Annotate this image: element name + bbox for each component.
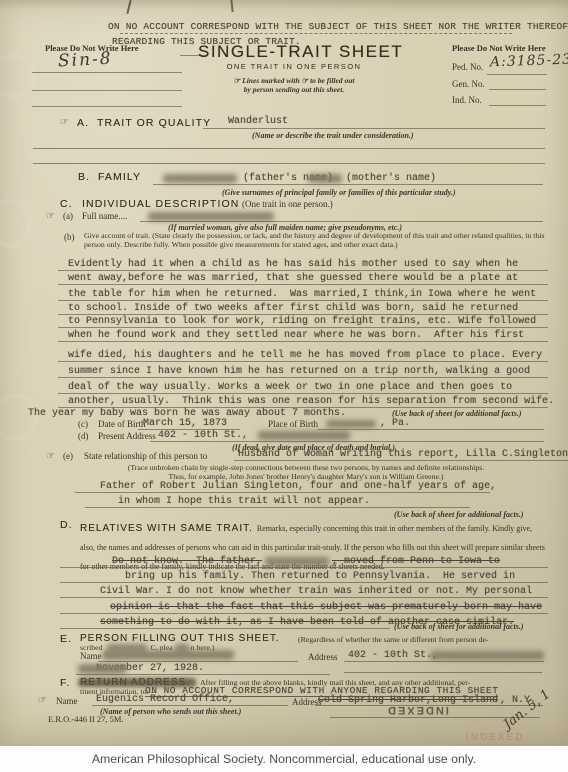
section-a-heading: TRAIT OR QUALITY bbox=[97, 117, 211, 129]
item-b-label: (b) bbox=[64, 232, 75, 242]
ruled-line bbox=[98, 661, 298, 662]
ruled-line bbox=[32, 90, 182, 91]
handwritten-ped-no: A:3185-23 bbox=[490, 52, 568, 71]
ruled-line bbox=[85, 507, 470, 508]
ruled-line bbox=[32, 72, 182, 73]
ruled-line bbox=[60, 582, 548, 583]
ruled-line bbox=[58, 284, 548, 285]
ruled-line bbox=[60, 567, 548, 568]
ruled-line bbox=[60, 613, 548, 614]
account-line: to school. Inside of two weeks after fir… bbox=[68, 303, 518, 314]
ruled-line bbox=[60, 628, 390, 629]
account-line: went away,before he was married, that sh… bbox=[68, 273, 518, 284]
redacted-birthplace bbox=[326, 420, 376, 428]
item-b-instructions: Give account of trait. (State clearly th… bbox=[84, 231, 548, 249]
redacted-full-name bbox=[148, 212, 274, 221]
ruled-line bbox=[150, 441, 544, 442]
paper-watermark bbox=[0, 55, 34, 97]
ruled-line bbox=[33, 163, 545, 164]
account-line: summer since I have known him he has ret… bbox=[68, 366, 530, 377]
relatives-line1: Do not know. The father, , moved from Pe… bbox=[112, 556, 500, 567]
section-b-letter: B. bbox=[78, 171, 90, 183]
ruled-line bbox=[318, 429, 544, 430]
trace-note-line1: (Trace unbroken chain by single-step con… bbox=[64, 463, 548, 472]
form-number: E.R.O.-446 II 27, 5M. bbox=[48, 714, 124, 724]
scanned-document-page: ON NO ACCOUNT CORRESPOND WITH THE SUBJEC… bbox=[0, 0, 568, 772]
ruled-line bbox=[33, 148, 545, 149]
section-d-heading: RELATIVES WITH SAME TRAIT. bbox=[80, 523, 253, 534]
trait-note: (Name or describe the trait under consid… bbox=[252, 131, 414, 140]
ruled-line bbox=[76, 674, 330, 675]
account-line: deal of the way usually. Works a week or… bbox=[68, 382, 512, 393]
relationship-line2-typed: in whom I hope this trait will not appea… bbox=[118, 496, 370, 507]
dob-label: Date of Birth bbox=[98, 419, 146, 429]
family-note: (Give surnames of principal family or fa… bbox=[222, 188, 456, 197]
form-subtitle: ONE TRAIT IN ONE PERSON bbox=[198, 62, 390, 71]
ruled-line bbox=[60, 597, 548, 598]
item-a-label: (a) bbox=[63, 211, 73, 221]
redacted-mother-name bbox=[308, 174, 342, 183]
relatives-line4: opinion is that the fact that this subje… bbox=[110, 602, 542, 613]
use-back-note: (Use back of sheet for additional facts.… bbox=[392, 409, 522, 418]
do-not-write-right-label: Please Do Not Write Here bbox=[452, 43, 545, 53]
trait-value-typed: Wanderlust bbox=[228, 116, 288, 127]
use-back-note: (Use back of sheet for additional facts.… bbox=[394, 622, 524, 631]
fill-instruction-line1: ☞ Lines marked with ☞ to be filled out bbox=[193, 76, 395, 85]
section-c-heading: INDIVIDUAL DESCRIPTION bbox=[82, 198, 239, 210]
handwritten-case-id: Sin-8 bbox=[58, 49, 114, 72]
relatives-line1-post: , moved from Penn to Iowa to bbox=[332, 556, 500, 567]
present-address-label: Present Address bbox=[98, 431, 156, 441]
account-line: Evidently had it when a child as he has … bbox=[68, 259, 518, 270]
pen-mark bbox=[126, 0, 131, 14]
relationship-line1-typed: Father of Robert Julian Singleton, four … bbox=[100, 481, 496, 492]
filler-address-label: Address bbox=[308, 652, 338, 662]
present-address-typed: 402 - 10th St., bbox=[158, 430, 248, 441]
ruled-line bbox=[140, 221, 543, 222]
trace-note-line2: Thus, for example, John Jones' brother H… bbox=[64, 472, 548, 481]
redacted-father-name bbox=[265, 557, 329, 566]
section-c-heading-note: (One trait in one person.) bbox=[242, 199, 333, 209]
pointing-hand-icon: ☞ bbox=[38, 695, 47, 706]
ind-no-label: Ind. No. bbox=[452, 95, 482, 105]
section-a-letter: A. bbox=[77, 117, 89, 129]
full-name-label: Full name.... bbox=[82, 211, 127, 221]
ruled-line bbox=[58, 377, 548, 378]
ruled-line bbox=[344, 672, 542, 673]
section-c-letter: C. bbox=[60, 198, 73, 210]
sender-name-label: Name bbox=[56, 696, 78, 706]
ruled-line bbox=[489, 89, 546, 90]
single-trait-sheet-form: ON NO ACCOUNT CORRESPOND WITH THE SUBJEC… bbox=[0, 0, 568, 746]
redacted-filler-name bbox=[102, 650, 234, 660]
relatives-line3: Civil War. I do not know whether train w… bbox=[100, 586, 532, 597]
ruled-line bbox=[487, 74, 547, 75]
archive-caption-strip: American Philosophical Society. Noncomme… bbox=[0, 746, 568, 772]
section-d-letter: D. bbox=[60, 519, 73, 531]
pointing-hand-icon: ☞ bbox=[46, 451, 55, 462]
pointing-hand-icon: ☞ bbox=[46, 211, 55, 222]
ruled-line bbox=[489, 105, 546, 106]
ruled-line bbox=[32, 106, 182, 107]
paper-watermark bbox=[0, 200, 30, 246]
filler-name-label: Name bbox=[80, 651, 102, 661]
account-line: wife died, his daughters and he tell me … bbox=[68, 350, 542, 361]
redacted-address bbox=[258, 431, 350, 440]
ruled-line bbox=[75, 492, 490, 493]
pob-label: Place of Birth bbox=[268, 419, 318, 429]
ruled-line bbox=[58, 270, 548, 271]
indexed-stamp-faint: INDEXED bbox=[466, 732, 524, 743]
section-e-note-line1: (Regardless of whether the same or diffe… bbox=[298, 635, 489, 644]
ruled-line bbox=[92, 705, 288, 706]
filler-address-typed: 402 - 10th St., bbox=[348, 650, 438, 661]
account-line: to Pennsylvania to look for work, riding… bbox=[68, 316, 536, 327]
ruled-line bbox=[234, 460, 568, 461]
ruled-line bbox=[344, 661, 544, 662]
redacted-address bbox=[430, 651, 544, 660]
relationship-label: State relationship of this person to bbox=[84, 451, 207, 461]
ruled-line bbox=[58, 361, 548, 362]
section-e-letter: E. bbox=[60, 633, 72, 645]
item-e-label: (e) bbox=[63, 451, 73, 461]
sender-name-typed: Eugenics Record Office, bbox=[96, 694, 234, 705]
ruled-line bbox=[58, 393, 548, 394]
redacted-father-name bbox=[163, 174, 237, 183]
fill-instruction-line2: by person sending out this sheet. bbox=[193, 85, 395, 94]
ruled-line bbox=[153, 184, 543, 185]
pointing-hand-icon: ☞ bbox=[60, 117, 69, 128]
ruled-line bbox=[58, 300, 548, 301]
dob-value-typed: March 15, 1873 bbox=[143, 418, 227, 429]
relatives-line1-pre: Do not know. The father, bbox=[112, 556, 262, 567]
account-line: another, usually. Think this was one rea… bbox=[68, 396, 554, 407]
item-c-label: (c) bbox=[78, 419, 88, 429]
account-line: the table for him when he returned. Was … bbox=[68, 289, 536, 300]
redacted-date-prefix bbox=[78, 664, 126, 674]
handwritten-date: Jan. 5, 1 bbox=[501, 687, 553, 732]
section-b-heading: FAMILY bbox=[98, 171, 141, 183]
ruled-line bbox=[120, 33, 512, 34]
relatives-line2: bring up his family. Then returned to Pe… bbox=[125, 571, 515, 582]
gen-no-label: Gen. No. bbox=[452, 79, 485, 89]
indexed-stamp-upside-down: INDEXED bbox=[386, 704, 449, 716]
pob-state-typed: , Pa. bbox=[380, 418, 410, 429]
ruled-line bbox=[58, 314, 548, 315]
archive-caption: American Philosophical Society. Noncomme… bbox=[92, 752, 476, 766]
account-line: when he found work and they settled near… bbox=[68, 330, 524, 341]
form-title: SINGLE-TRAIT SHEET bbox=[198, 42, 390, 62]
ruled-line bbox=[58, 327, 548, 328]
section-f-letter: F. bbox=[60, 677, 70, 689]
ruled-line bbox=[203, 128, 545, 129]
pen-mark bbox=[230, 0, 233, 12]
typed-warning-line1: ON NO ACCOUNT CORRESPOND WITH THE SUBJEC… bbox=[108, 21, 568, 32]
ped-no-label: Ped. No. bbox=[452, 62, 483, 72]
mother-name-label: (mother's name) bbox=[346, 173, 436, 184]
item-d-label: (d) bbox=[78, 431, 89, 441]
ruled-line bbox=[58, 341, 548, 342]
relationship-value-typed: Husband of woman writing this report, Li… bbox=[238, 449, 568, 460]
